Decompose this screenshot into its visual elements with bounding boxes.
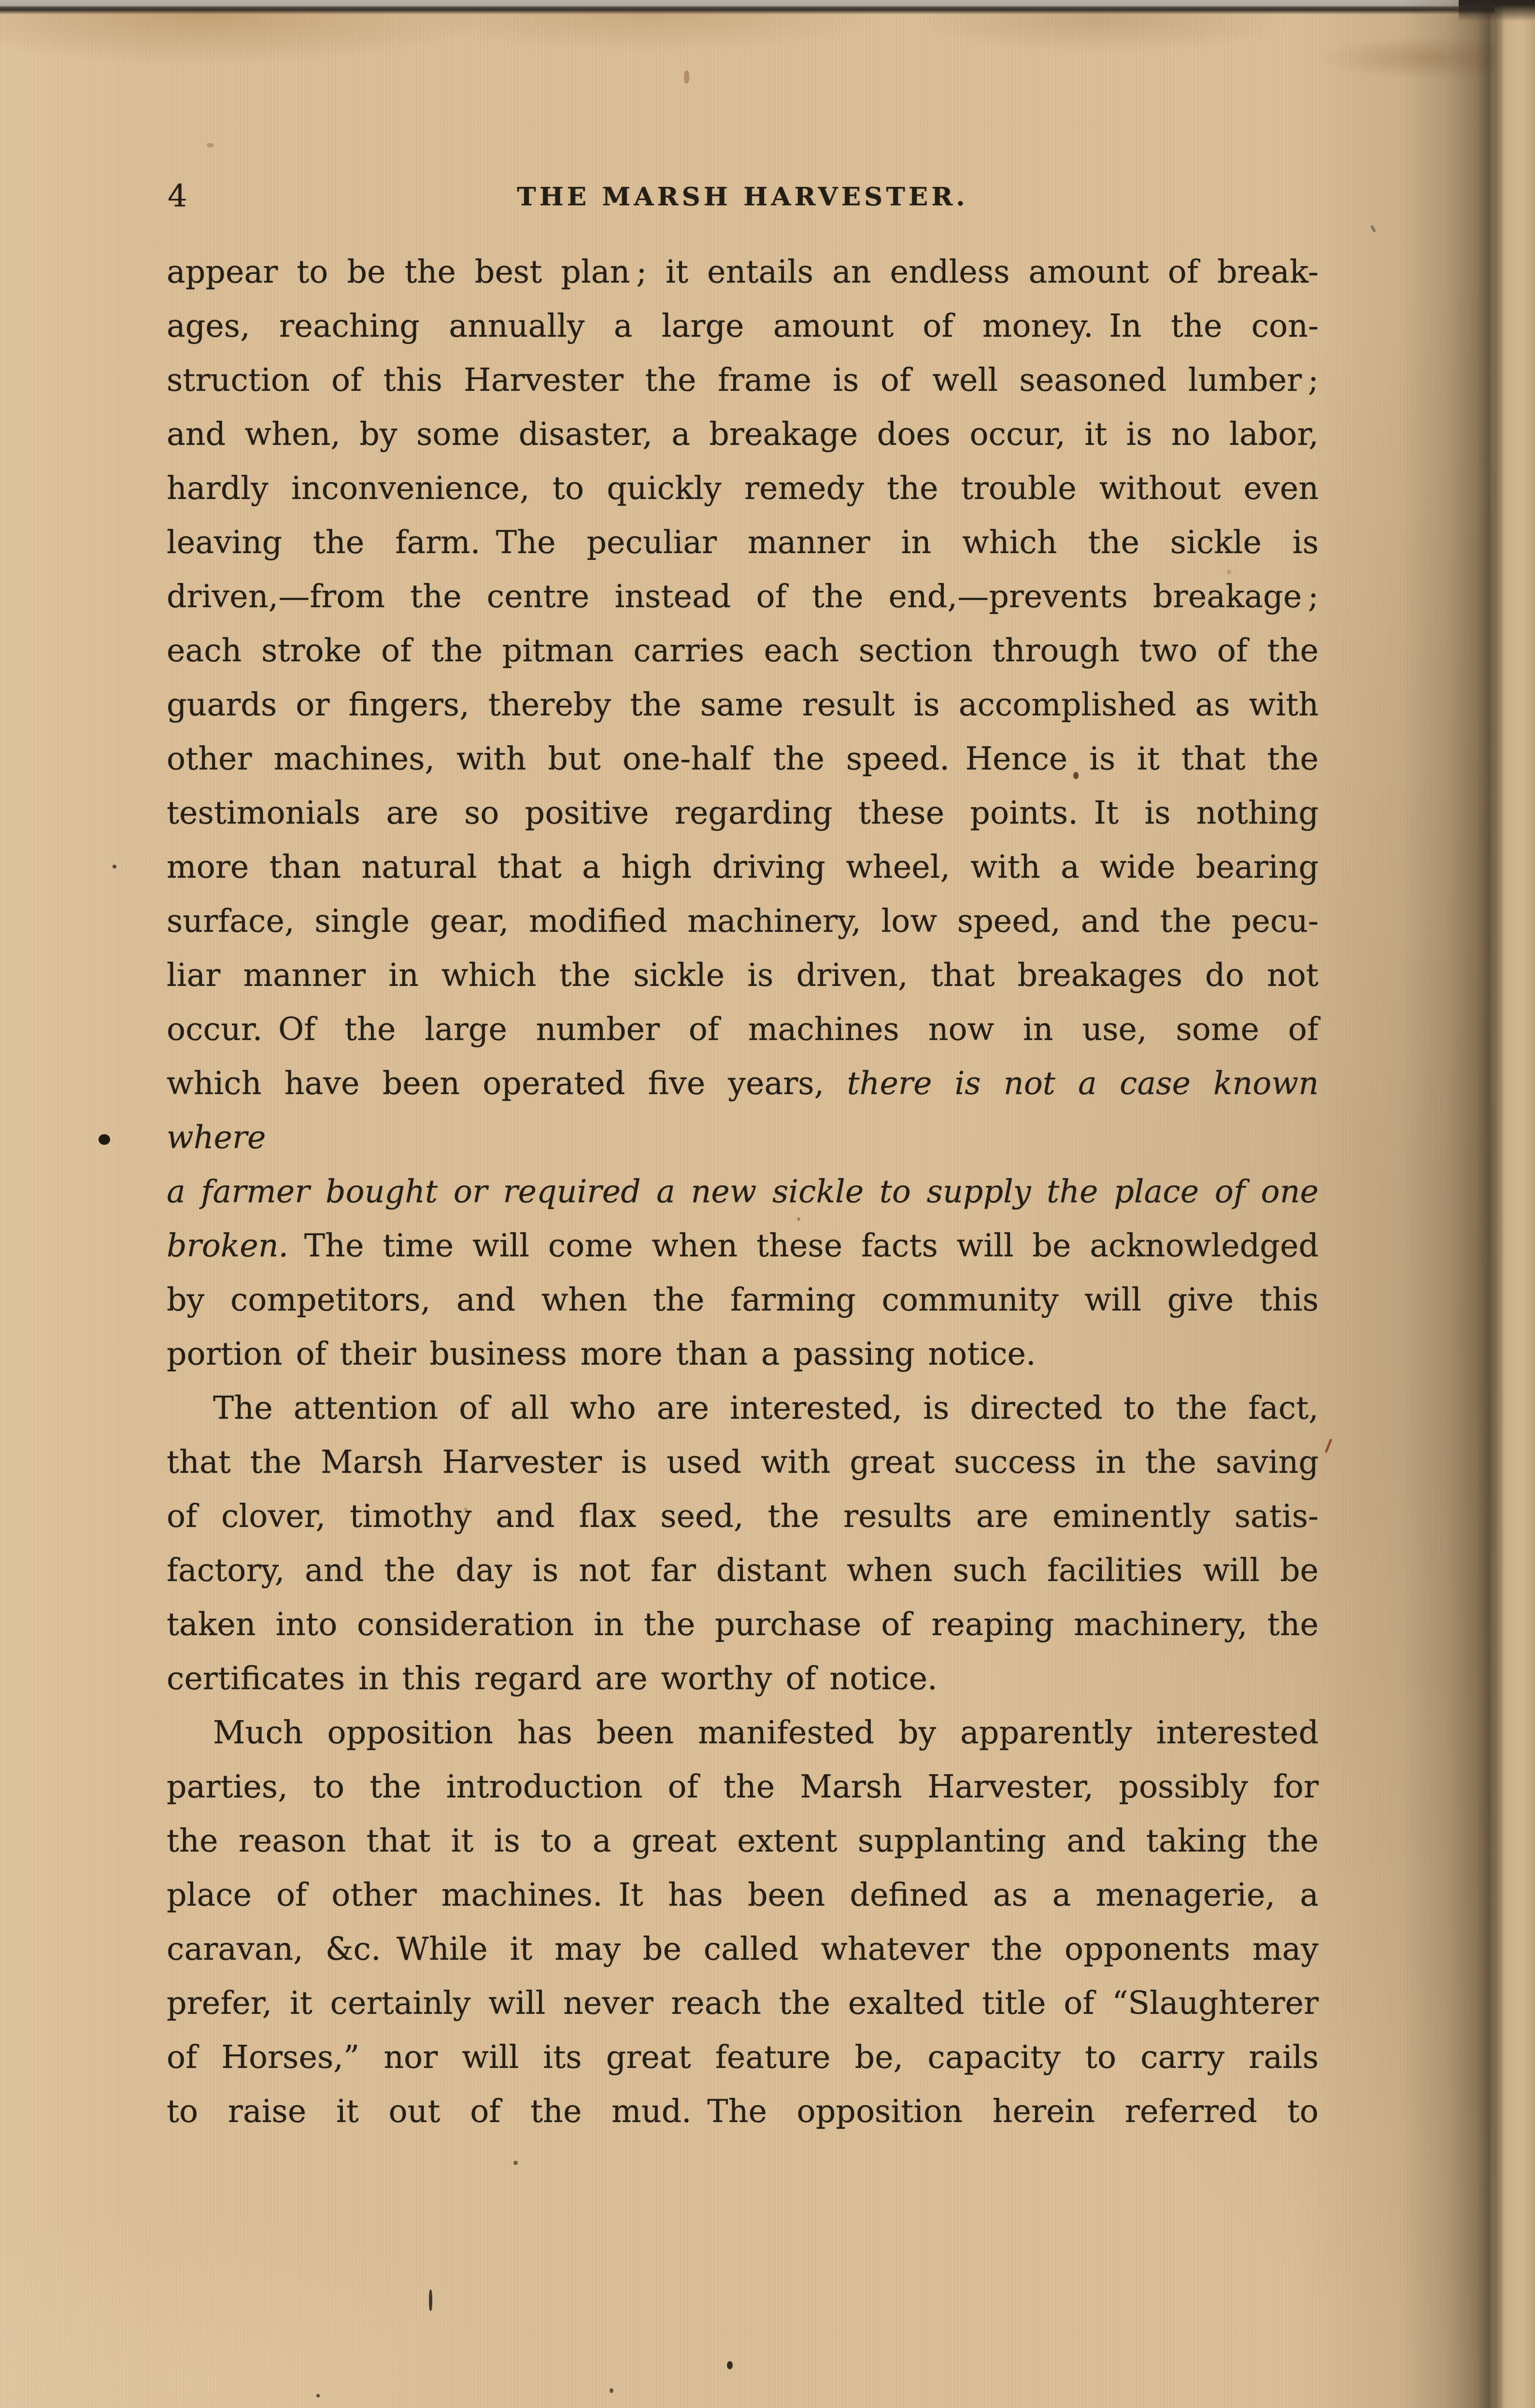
text-line: Much opposition has been manifested by a… [167, 1706, 1319, 1760]
text-line: of Horses,” nor will its great feature b… [167, 2031, 1319, 2085]
scanner-top-corner [1459, 0, 1535, 21]
text-line: to raise it out of the mud. The oppositi… [167, 2085, 1319, 2139]
text-line: portion of their business more than a pa… [167, 1327, 1319, 1382]
text-line: struction of this Harvester the frame is… [167, 354, 1319, 408]
text-line: ages, reaching annually a large amount o… [167, 299, 1319, 354]
text-line: a farmer bought or required a new sickle… [167, 1165, 1319, 1219]
text-line: certificates in this regard are worthy o… [167, 1652, 1319, 1706]
text-line: of clover, timothy and flax seed, the re… [167, 1490, 1319, 1544]
ink-speck [1370, 225, 1376, 232]
book-page-scan: 4 THE MARSH HARVESTER. appear to be the … [0, 0, 1535, 2408]
red-ink-mark [1325, 1439, 1333, 1453]
text-line: testimonials are so positive regarding t… [167, 786, 1319, 841]
text-line: appear to be the best plan ; it entails … [167, 245, 1319, 299]
foxing-spot [684, 71, 689, 84]
ink-speck [99, 1134, 110, 1145]
text-line: broken. The time will come when these fa… [167, 1219, 1319, 1273]
ink-speck [1073, 772, 1079, 779]
ink-speck [727, 2361, 733, 2369]
foxing-spot [464, 1507, 468, 1511]
running-title: THE MARSH HARVESTER. [167, 176, 1319, 217]
text-line: that the Marsh Harvester is used with gr… [167, 1436, 1319, 1490]
ink-speck [316, 2394, 320, 2397]
text-line: leaving the farm. The peculiar manner in… [167, 516, 1319, 570]
text-line: driven,—from the centre instead of the e… [167, 570, 1319, 624]
text-line: The attention of all who are interested,… [167, 1382, 1319, 1436]
text-line: each stroke of the pitman carries each s… [167, 624, 1319, 678]
text-line: more than natural that a high driving wh… [167, 841, 1319, 895]
text-line: parties, to the introduction of the Mars… [167, 1760, 1319, 1814]
foxing-spot [797, 1217, 800, 1221]
page-header: 4 THE MARSH HARVESTER. [167, 176, 1319, 217]
page-text: appear to be the best plan ; it entails … [167, 245, 1319, 2139]
text-line: hardly inconvenience, to quickly remedy … [167, 462, 1319, 516]
paper-fiber [429, 2290, 432, 2311]
text-line: the reason that it is to a great extent … [167, 1814, 1319, 1868]
ink-speck [113, 865, 116, 869]
page-gutter-shadow [1401, 0, 1503, 2408]
text-line: factory, and the day is not far distant … [167, 1544, 1319, 1598]
text-line: guards or fingers, thereby the same resu… [167, 678, 1319, 732]
text-line: and when, by some disaster, a breakage d… [167, 408, 1319, 462]
foxing-spot [207, 143, 214, 147]
text-line: caravan, &c. While it may be called what… [167, 1923, 1319, 1977]
text-line: prefer, it certainly will never reach th… [167, 1977, 1319, 2031]
text-line: place of other machines. It has been def… [167, 1868, 1319, 1923]
text-line: occur. Of the large number of machines n… [167, 1003, 1319, 1057]
text-line: by competitors, and when the farming com… [167, 1273, 1319, 1327]
ink-speck [610, 2388, 613, 2393]
ink-speck [513, 2161, 518, 2165]
scanner-top-edge [0, 0, 1535, 14]
text-line: other machines, with but one-half the sp… [167, 732, 1319, 786]
text-line: which have been operated five years, the… [167, 1057, 1319, 1165]
text-line: surface, single gear, modified machinery… [167, 895, 1319, 949]
foxing-spot [1227, 570, 1231, 574]
text-line: liar manner in which the sickle is drive… [167, 949, 1319, 1003]
text-line: taken into consideration in the purchase… [167, 1598, 1319, 1652]
